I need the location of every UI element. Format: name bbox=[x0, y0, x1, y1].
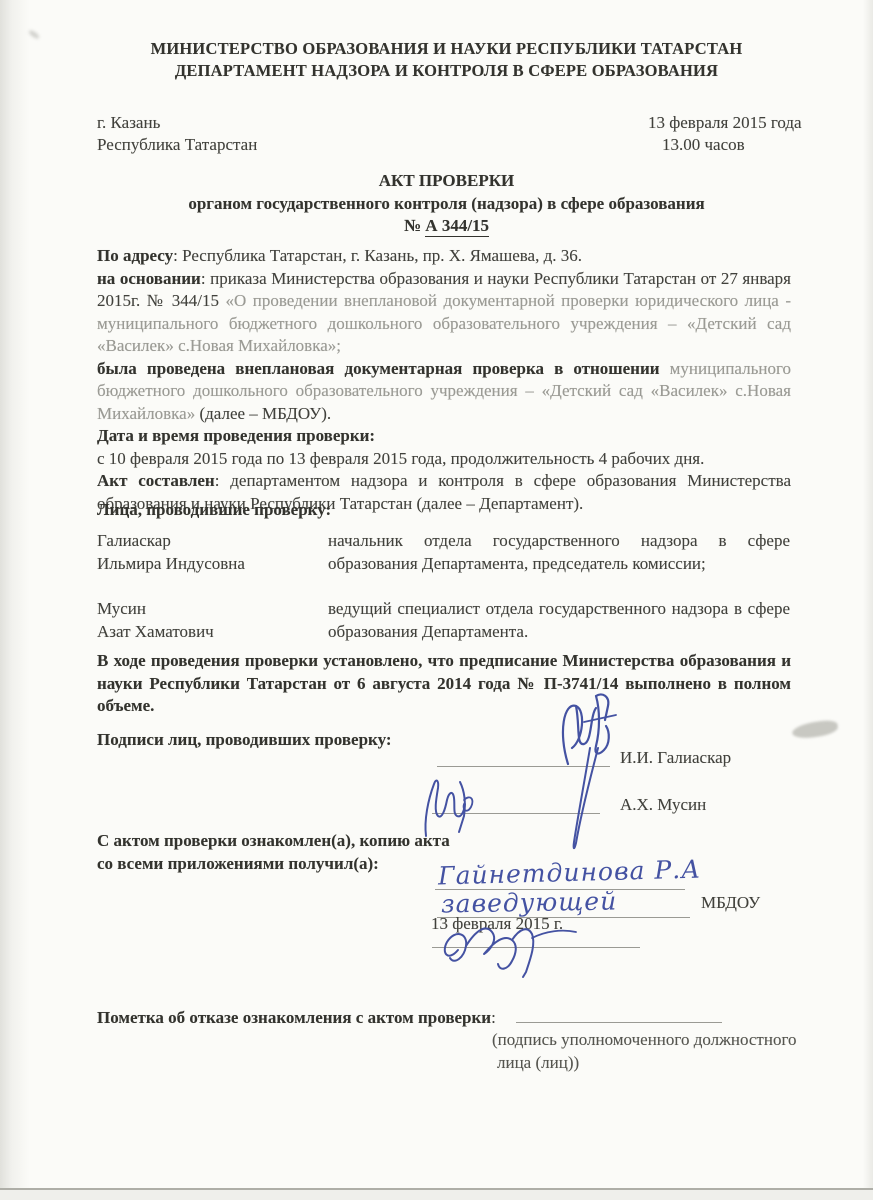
org-header: МИНИСТЕРСТВО ОБРАЗОВАНИЯ И НАУКИ РЕСПУБЛ… bbox=[90, 38, 803, 82]
paragraph-basis: на основании: приказа Министерства образ… bbox=[97, 268, 791, 358]
city-label: г. Казань bbox=[97, 112, 257, 134]
region-label: Республика Татарстан bbox=[97, 134, 257, 156]
inspectors-heading: Лица, проводившие проверку: bbox=[97, 500, 331, 520]
document-number-prefix: № bbox=[404, 216, 425, 235]
document-number: А 344/15 bbox=[425, 216, 489, 237]
signatures-heading: Подписи лиц, проводивших проверку: bbox=[97, 730, 392, 750]
galiaskar-signature-ink bbox=[540, 692, 640, 864]
inspector-role: начальник отдела государственного надзор… bbox=[328, 530, 790, 575]
org-header-line2: ДЕПАРТАМЕНТ НАДЗОРА И КОНТРОЛЯ В СФЕРЕ О… bbox=[90, 60, 803, 82]
paragraph-inspection-type: была проведена внеплановая документарная… bbox=[97, 358, 791, 426]
scan-smudge bbox=[791, 719, 839, 740]
paragraph-address: По адресу: Республика Татарстан, г. Каза… bbox=[97, 245, 791, 268]
place-block: г. Казань Республика Татарстан bbox=[97, 112, 257, 156]
refusal-caption: (подпись уполномоченного должностного ли… bbox=[492, 1029, 822, 1074]
scan-edge-bottom bbox=[0, 1190, 873, 1200]
scan-edge-right bbox=[863, 0, 873, 1200]
time-label: 13.00 часов bbox=[648, 134, 828, 156]
org-header-line1: МИНИСТЕРСТВО ОБРАЗОВАНИЯ И НАУКИ РЕСПУБЛ… bbox=[90, 38, 803, 60]
scan-edge-left bbox=[0, 0, 30, 1200]
inspector-name: Мусин Азат Хаматович bbox=[97, 598, 312, 643]
document-subtitle: органом государственного контроля (надзо… bbox=[90, 193, 803, 216]
date-label: 13 февраля 2015 года bbox=[648, 112, 828, 134]
recipient-signature-ink bbox=[428, 916, 648, 980]
inspector-name: Галиаскар Ильмира Индусовна bbox=[97, 530, 312, 575]
refusal-signature-line bbox=[516, 1022, 722, 1023]
paragraph-datetime-heading: Дата и время проведения проверки: bbox=[97, 425, 791, 448]
refusal-note-label: Пометка об отказе ознакомления с актом п… bbox=[97, 1008, 496, 1028]
inspector-role: ведущий специалист отдела государственно… bbox=[328, 598, 790, 643]
document-title-block: АКТ ПРОВЕРКИ органом государственного ко… bbox=[90, 170, 803, 238]
handwritten-recipient-name: Гайнетдинова Р.А bbox=[438, 855, 702, 891]
datetime-block: 13 февраля 2015 года 13.00 часов bbox=[648, 112, 828, 156]
org-abbrev-label: МБДОУ bbox=[701, 893, 760, 913]
document-title: АКТ ПРОВЕРКИ bbox=[90, 170, 803, 193]
conclusion-paragraph: В ходе проведения проверки установлено, … bbox=[97, 650, 791, 718]
paragraph-duration: с 10 февраля 2015 года по 13 февраля 201… bbox=[97, 448, 791, 471]
body-text: По адресу: Республика Татарстан, г. Каза… bbox=[97, 245, 791, 515]
document-page: МИНИСТЕРСТВО ОБРАЗОВАНИЯ И НАУКИ РЕСПУБЛ… bbox=[0, 0, 873, 1200]
acknowledgement-label: С актом проверки ознакомлен(а), копию ак… bbox=[97, 830, 450, 875]
document-number-line: № А 344/15 bbox=[90, 215, 803, 238]
